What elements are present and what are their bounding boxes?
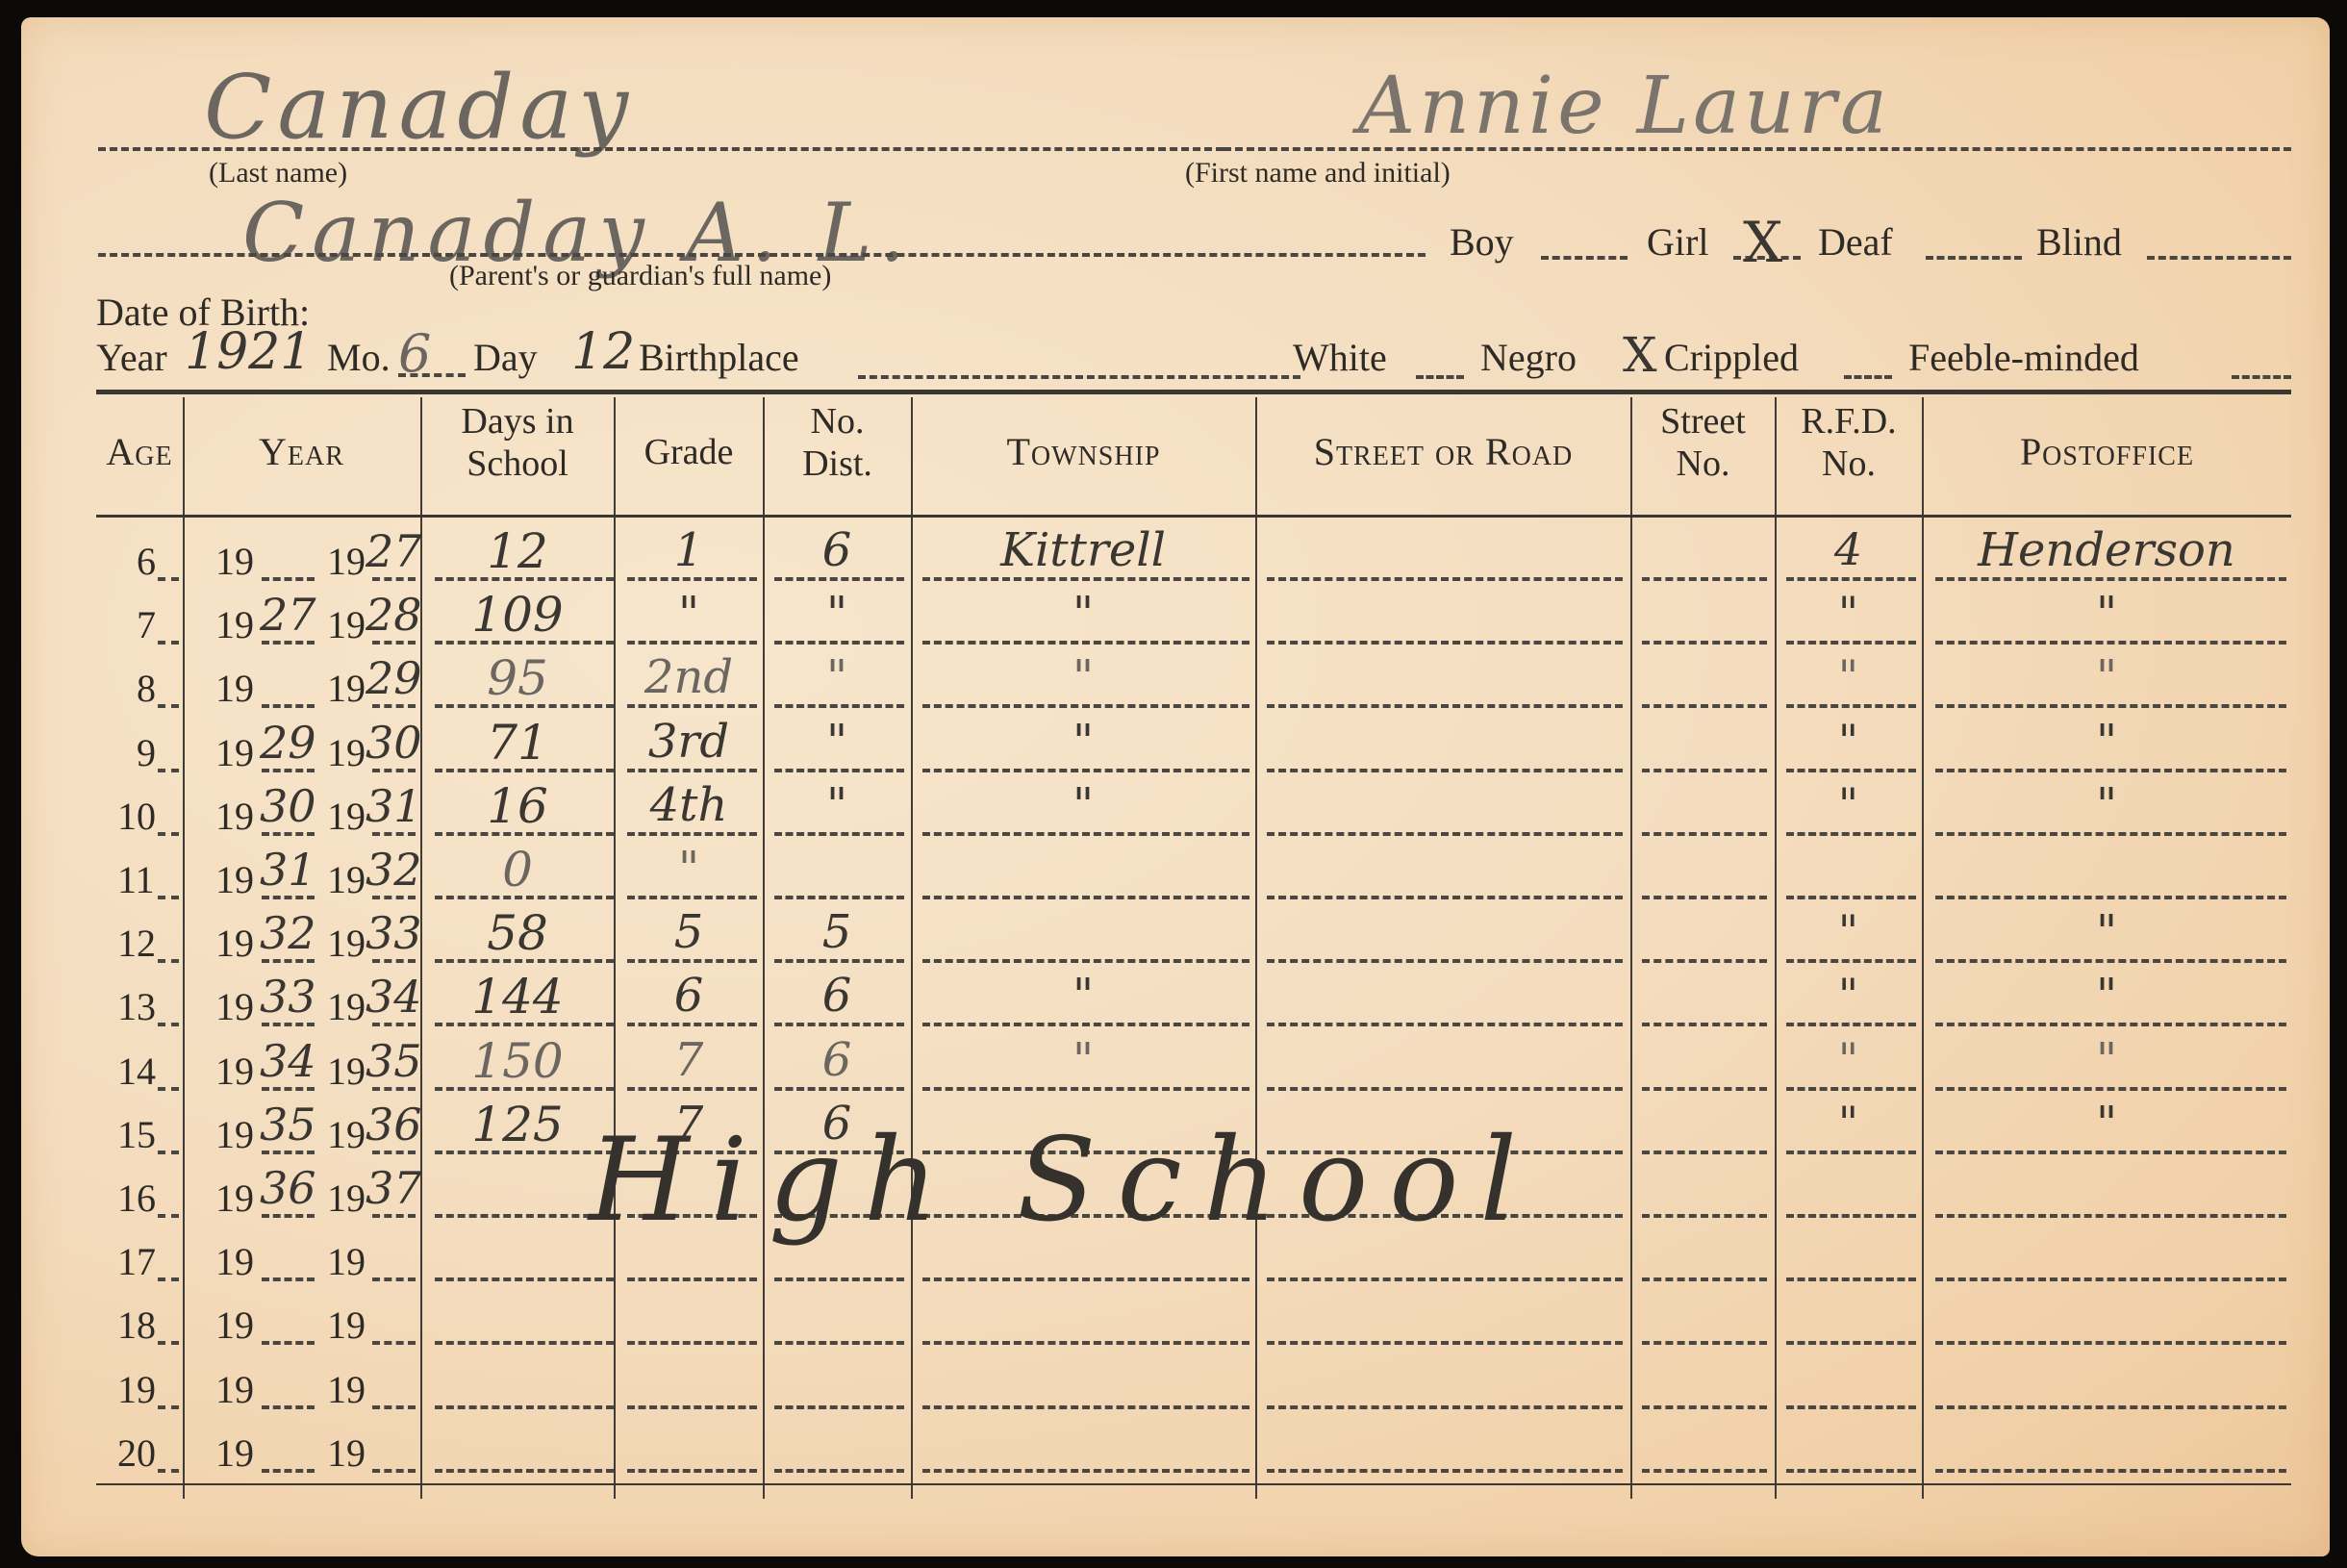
row-field-line (774, 959, 904, 963)
row-field-line (922, 641, 1249, 645)
boy-field[interactable] (1541, 256, 1628, 260)
row-year-prefix-from: 19 (215, 921, 254, 966)
row-rfd-value[interactable]: " (1777, 905, 1920, 957)
row-year-to-field[interactable] (372, 1469, 416, 1473)
boy-label: Boy (1450, 219, 1514, 265)
row-year-to-field[interactable] (372, 577, 416, 581)
row-field-line (1935, 832, 2286, 836)
girl-label: Girl (1647, 219, 1708, 265)
row-dist-value[interactable]: 6 (765, 969, 909, 1023)
row-field-line (627, 641, 757, 645)
row-field-line (1786, 1023, 1916, 1026)
row-year-to-field[interactable] (372, 1023, 416, 1026)
row-field-line (627, 1277, 757, 1281)
row-field-line (1786, 1087, 1916, 1091)
row-age: 13 (117, 984, 156, 1029)
row-year-prefix-from: 19 (215, 794, 254, 839)
header-rfd-line2: No. (1776, 443, 1922, 485)
guardian-line (98, 253, 1426, 257)
row-dist-value[interactable]: 5 (765, 905, 909, 959)
row-year-to-field[interactable] (372, 1277, 416, 1281)
header-bottom-rule (96, 515, 2291, 518)
row-field-line (1642, 1405, 1767, 1409)
row-days-value[interactable]: 71 (423, 715, 612, 771)
row-field-line (1786, 1405, 1916, 1409)
row-age: 14 (117, 1049, 156, 1094)
crippled-label: Crippled (1664, 335, 1799, 380)
row-field-line (1935, 1405, 2286, 1409)
negro-label: Negro (1480, 335, 1577, 380)
row-year-to-field[interactable] (372, 1341, 416, 1345)
row-year-from-field[interactable] (262, 1087, 315, 1091)
row-year-prefix-from: 19 (215, 1367, 254, 1412)
row-year-prefix-to: 19 (327, 1176, 366, 1221)
row-year-from-field[interactable] (262, 832, 315, 836)
row-grade-value[interactable]: 4th (617, 778, 761, 832)
column-divider (183, 397, 185, 1499)
header-street-no-line1: Street (1631, 400, 1775, 443)
row-dist-value[interactable]: 6 (765, 523, 909, 577)
row-year-to-value: 33 (366, 907, 422, 959)
row-postoffice-value[interactable]: " (1924, 1033, 2289, 1087)
deaf-label: Deaf (1818, 219, 1893, 265)
row-dist-value[interactable]: " (765, 650, 909, 704)
row-year-from-value: 31 (260, 844, 316, 896)
row-field-line (1267, 832, 1623, 836)
row-field-line (1935, 769, 2286, 772)
header-days: Days in School (421, 400, 614, 485)
row-field-line (435, 1341, 614, 1345)
row-year-from-field[interactable] (262, 1341, 315, 1345)
row-grade-value[interactable]: 5 (617, 905, 761, 959)
row-year-prefix-to: 19 (327, 1430, 366, 1476)
row-days-value[interactable]: 109 (423, 587, 612, 643)
row-year-to-field[interactable] (372, 769, 416, 772)
row-age: 20 (117, 1430, 156, 1476)
row-township-value[interactable]: Kittrell (913, 523, 1253, 577)
row-rfd-value[interactable]: " (1777, 650, 1920, 702)
row-year-to-field[interactable] (372, 832, 416, 836)
row-field-line (1267, 959, 1623, 963)
row-field-line (922, 832, 1249, 836)
row-field-line (1786, 704, 1916, 708)
row-year-prefix-to: 19 (327, 1239, 366, 1284)
row-rfd-value[interactable]: " (1777, 1033, 1920, 1085)
row-year-prefix-to: 19 (327, 794, 366, 839)
negro-mark: X (1623, 327, 1657, 383)
row-field-line (1786, 959, 1916, 963)
header-rfd-line1: R.F.D. (1776, 400, 1922, 443)
row-postoffice-value[interactable]: Henderson (1924, 523, 2289, 577)
header-rfd: R.F.D. No. (1776, 400, 1922, 485)
row-year-prefix-to: 19 (327, 1112, 366, 1157)
row-year-prefix-to: 19 (327, 1049, 366, 1094)
row-year-prefix-from: 19 (215, 1302, 254, 1348)
row-age: 12 (117, 921, 156, 966)
row-year-prefix-to: 19 (327, 539, 366, 584)
row-year-to-value: 35 (366, 1035, 422, 1087)
row-postoffice-value[interactable]: " (1924, 969, 2289, 1023)
row-age-field (158, 704, 179, 708)
row-year-to-value: 31 (366, 780, 422, 832)
row-field-line (1642, 959, 1767, 963)
row-age-field (158, 577, 179, 581)
last-name-line (98, 147, 1224, 151)
row-field-line (1267, 1023, 1623, 1026)
row-field-line (1786, 1214, 1916, 1218)
row-field-line (922, 1341, 1249, 1345)
dob-year-label: Year (96, 335, 167, 380)
row-days-value[interactable]: 125 (423, 1097, 612, 1152)
row-township-value[interactable]: " (913, 969, 1253, 1023)
row-dist-value[interactable]: " (765, 715, 909, 769)
row-year-from-field[interactable] (262, 896, 315, 899)
row-field-line (435, 1405, 614, 1409)
row-year-to-value: 29 (366, 652, 422, 704)
row-age-field (158, 1405, 179, 1409)
row-age: 19 (117, 1367, 156, 1412)
row-grade-value[interactable]: " (617, 587, 761, 641)
dob-day-label: Day (473, 335, 538, 380)
row-field-line (1786, 1151, 1916, 1154)
row-field-line (627, 959, 757, 963)
feeble-label: Feeble-minded (1908, 335, 2139, 380)
row-field-line (1935, 896, 2286, 899)
row-year-to-value: 34 (366, 971, 422, 1023)
row-year-from-field[interactable] (262, 1214, 315, 1218)
row-dist-value[interactable]: " (765, 587, 909, 641)
row-field-line (774, 641, 904, 645)
row-postoffice-value[interactable]: " (1924, 715, 2289, 769)
row-field-line (922, 1469, 1249, 1473)
row-year-from-field[interactable] (262, 959, 315, 963)
row-field-line (774, 577, 904, 581)
row-postoffice-value[interactable]: " (1924, 905, 2289, 959)
row-field-line (435, 1214, 614, 1218)
row-year-from-value: 30 (260, 780, 316, 832)
row-field-line (1642, 641, 1767, 645)
table-bottom-rule (96, 1483, 2291, 1485)
row-year-from-field[interactable] (262, 1151, 315, 1154)
row-year-prefix-from: 19 (215, 1176, 254, 1221)
row-year-from-field[interactable] (262, 704, 315, 708)
row-year-from-value: 36 (260, 1162, 316, 1214)
row-grade-value[interactable]: 3rd (617, 715, 761, 769)
row-field-line (627, 1405, 757, 1409)
row-age: 7 (137, 602, 156, 647)
row-rfd-value[interactable]: " (1777, 778, 1920, 830)
row-days-value[interactable]: 12 (423, 523, 612, 579)
row-field-line (922, 959, 1249, 963)
row-age-field (158, 1341, 179, 1345)
row-field-line (627, 1469, 757, 1473)
row-year-prefix-to: 19 (327, 730, 366, 775)
row-field-line (627, 1087, 757, 1091)
row-year-to-value: 27 (366, 525, 422, 577)
row-field-line (1935, 1214, 2286, 1218)
row-field-line (1267, 704, 1623, 708)
row-township-value[interactable]: " (913, 778, 1253, 832)
white-label: White (1293, 335, 1387, 380)
row-field-line (1935, 1023, 2286, 1026)
header-age: Age (96, 431, 183, 473)
row-field-line (1935, 959, 2286, 963)
crippled-field[interactable] (1844, 375, 1892, 379)
row-field-line (627, 832, 757, 836)
row-grade-value[interactable]: 6 (617, 969, 761, 1023)
row-field-line (774, 896, 904, 899)
column-divider (614, 397, 616, 1499)
row-age-field (158, 769, 179, 772)
row-field-line (1267, 1341, 1623, 1345)
header-days-line1: Days in (421, 400, 614, 443)
row-field-line (1786, 769, 1916, 772)
row-field-line (1642, 1214, 1767, 1218)
row-age: 9 (137, 730, 156, 775)
row-field-line (1267, 769, 1623, 772)
row-year-to-field[interactable] (372, 1214, 416, 1218)
row-age-field (158, 1087, 179, 1091)
header-dist-line1: No. (764, 400, 911, 443)
row-field-line (922, 769, 1249, 772)
row-field-line (922, 896, 1249, 899)
row-year-from-value: 29 (260, 717, 316, 769)
dob-month-field[interactable] (398, 373, 466, 377)
row-field-line (922, 1405, 1249, 1409)
row-year-prefix-to: 19 (327, 1302, 366, 1348)
row-year-prefix-from: 19 (215, 730, 254, 775)
dob-day-value: 12 (571, 323, 635, 381)
row-year-to-field[interactable] (372, 1087, 416, 1091)
row-year-from-value: 33 (260, 971, 316, 1023)
row-field-line (1642, 1151, 1767, 1154)
row-grade-value[interactable]: 7 (617, 1033, 761, 1087)
row-year-prefix-from: 19 (215, 1112, 254, 1157)
row-field-line (1935, 1087, 2286, 1091)
row-field-line (774, 832, 904, 836)
row-age: 17 (117, 1239, 156, 1284)
birthplace-field[interactable] (858, 375, 1300, 379)
row-year-from-field[interactable] (262, 1469, 315, 1473)
row-age-field (158, 1023, 179, 1026)
row-rfd-value[interactable]: " (1777, 715, 1920, 767)
row-rfd-value[interactable]: " (1777, 587, 1920, 639)
row-field-line (774, 1087, 904, 1091)
row-field-line (627, 769, 757, 772)
row-field-line (1786, 1277, 1916, 1281)
row-field-line (1267, 641, 1623, 645)
row-age-field (158, 1151, 179, 1154)
row-township-value[interactable]: " (913, 1033, 1253, 1087)
row-age-field (158, 832, 179, 836)
row-days-value[interactable]: 95 (423, 650, 612, 706)
row-field-line (922, 1023, 1249, 1026)
row-age-field (158, 1214, 179, 1218)
first-name-label: (First name and initial) (1185, 157, 1451, 190)
row-year-from-field[interactable] (262, 641, 315, 645)
row-field-line (1267, 577, 1623, 581)
row-year-to-value: 36 (366, 1099, 422, 1151)
row-year-to-field[interactable] (372, 896, 416, 899)
row-year-from-field[interactable] (262, 1023, 315, 1026)
row-age: 10 (117, 794, 156, 839)
row-field-line (1267, 1087, 1623, 1091)
row-age: 15 (117, 1112, 156, 1157)
row-grade-value[interactable]: " (617, 842, 761, 896)
row-field-line (1935, 1341, 2286, 1345)
row-year-to-value: 28 (366, 589, 422, 641)
row-days-value[interactable]: 0 (423, 842, 612, 898)
row-field-line (1786, 641, 1916, 645)
row-year-prefix-to: 19 (327, 1367, 366, 1412)
row-grade-value[interactable]: 1 (617, 523, 761, 577)
row-field-line (1642, 577, 1767, 581)
row-field-line (1935, 1151, 2286, 1154)
row-year-prefix-from: 19 (215, 539, 254, 584)
row-township-value[interactable]: " (913, 650, 1253, 704)
row-field-line (774, 704, 904, 708)
dob-month-label: Mo. (327, 335, 391, 380)
header-street-road: Street or Road (1256, 431, 1630, 473)
header-township: Township (912, 431, 1255, 473)
row-year-prefix-from: 19 (215, 1239, 254, 1284)
row-year-prefix-to: 19 (327, 602, 366, 647)
row-field-line (1267, 1277, 1623, 1281)
row-year-from-field[interactable] (262, 769, 315, 772)
header-grade: Grade (615, 431, 763, 473)
row-field-line (627, 577, 757, 581)
row-postoffice-value[interactable]: " (1924, 650, 2289, 704)
row-field-line (774, 769, 904, 772)
row-age-field (158, 959, 179, 963)
row-field-line (774, 1277, 904, 1281)
high-school-annotation: High School (589, 1114, 1538, 1248)
row-year-to-value: 30 (366, 717, 422, 769)
row-field-line (627, 704, 757, 708)
row-township-value[interactable]: " (913, 715, 1253, 769)
row-postoffice-value[interactable]: " (1924, 587, 2289, 641)
row-year-from-value: 35 (260, 1099, 316, 1151)
row-year-prefix-to: 19 (327, 921, 366, 966)
row-year-prefix-from: 19 (215, 1430, 254, 1476)
row-year-to-field[interactable] (372, 959, 416, 963)
column-divider (1255, 397, 1257, 1499)
row-age: 18 (117, 1302, 156, 1348)
header-postoffice: Postoffice (1923, 431, 2291, 473)
row-field-line (774, 1341, 904, 1345)
row-age-field (158, 1277, 179, 1281)
row-field-line (1267, 896, 1623, 899)
row-year-from-value: 27 (260, 589, 316, 641)
row-field-line (1642, 1087, 1767, 1091)
row-field-line (1935, 704, 2286, 708)
header-dist-line2: Dist. (764, 443, 911, 485)
birthplace-label: Birthplace (639, 335, 799, 380)
row-year-prefix-to: 19 (327, 666, 366, 711)
header-street-no-line2: No. (1631, 443, 1775, 485)
row-year-prefix-from: 19 (215, 666, 254, 711)
row-field-line (1935, 1469, 2286, 1473)
row-postoffice-value[interactable]: " (1924, 778, 2289, 832)
row-year-to-field[interactable] (372, 1405, 416, 1409)
row-days-value[interactable]: 144 (423, 969, 612, 1024)
row-field-line (1786, 832, 1916, 836)
row-grade-value[interactable]: 2nd (617, 650, 761, 704)
row-field-line (627, 896, 757, 899)
row-age-field (158, 1469, 179, 1473)
row-field-line (627, 1023, 757, 1026)
row-year-to-field[interactable] (372, 641, 416, 645)
row-year-prefix-from: 19 (215, 1049, 254, 1094)
row-age-field (158, 896, 179, 899)
row-year-to-field[interactable] (372, 704, 416, 708)
feeble-field[interactable] (2232, 375, 2291, 379)
row-township-value[interactable]: " (913, 587, 1253, 641)
row-year-to-value: 32 (366, 844, 422, 896)
row-field-line (1642, 704, 1767, 708)
row-field-line (1786, 577, 1916, 581)
row-year-to-field[interactable] (372, 1151, 416, 1154)
row-year-prefix-from: 19 (215, 602, 254, 647)
row-year-from-field[interactable] (262, 1277, 315, 1281)
row-rfd-value[interactable]: 4 (1777, 523, 1920, 575)
row-days-value[interactable]: 150 (423, 1033, 612, 1089)
row-year-to-value: 37 (366, 1162, 422, 1214)
header-dist: No. Dist. (764, 400, 911, 485)
row-field-line (1642, 1469, 1767, 1473)
row-age: 11 (117, 857, 155, 902)
row-dist-value[interactable]: 6 (765, 1033, 909, 1087)
row-year-from-field[interactable] (262, 1405, 315, 1409)
white-field[interactable] (1416, 375, 1464, 379)
row-field-line (1935, 641, 2286, 645)
row-field-line (774, 1469, 904, 1473)
row-field-line (1267, 1469, 1623, 1473)
row-field-line (922, 704, 1249, 708)
row-field-line (627, 1341, 757, 1345)
header-days-line2: School (421, 443, 614, 485)
row-age: 6 (137, 539, 156, 584)
row-field-line (1642, 1277, 1767, 1281)
row-field-line (1786, 896, 1916, 899)
last-name-label: (Last name) (209, 157, 347, 190)
row-year-prefix-from: 19 (215, 984, 254, 1029)
row-field-line (1642, 832, 1767, 836)
row-field-line (774, 1023, 904, 1026)
row-field-line (435, 1277, 614, 1281)
row-field-line (1786, 1341, 1916, 1345)
row-age: 16 (117, 1176, 156, 1221)
header-year: Year (183, 431, 420, 473)
row-dist-value[interactable]: " (765, 778, 909, 832)
row-postoffice-value[interactable]: " (1924, 1097, 2289, 1151)
row-year-prefix-to: 19 (327, 857, 366, 902)
row-days-value[interactable]: 16 (423, 778, 612, 834)
row-field-line (1786, 1469, 1916, 1473)
deaf-field[interactable] (1926, 256, 2022, 260)
row-rfd-value[interactable]: " (1777, 1097, 1920, 1149)
row-days-value[interactable]: 58 (423, 905, 612, 961)
row-age: 8 (137, 666, 156, 711)
row-year-prefix-from: 19 (215, 857, 254, 902)
last-name-value: Canaday (204, 56, 634, 159)
first-name-value: Annie Laura (1358, 61, 1891, 152)
row-year-from-field[interactable] (262, 577, 315, 581)
blind-field[interactable] (2147, 256, 2291, 260)
row-rfd-value[interactable]: " (1777, 969, 1920, 1021)
row-field-line (922, 1277, 1249, 1281)
header-rule (96, 390, 2291, 394)
